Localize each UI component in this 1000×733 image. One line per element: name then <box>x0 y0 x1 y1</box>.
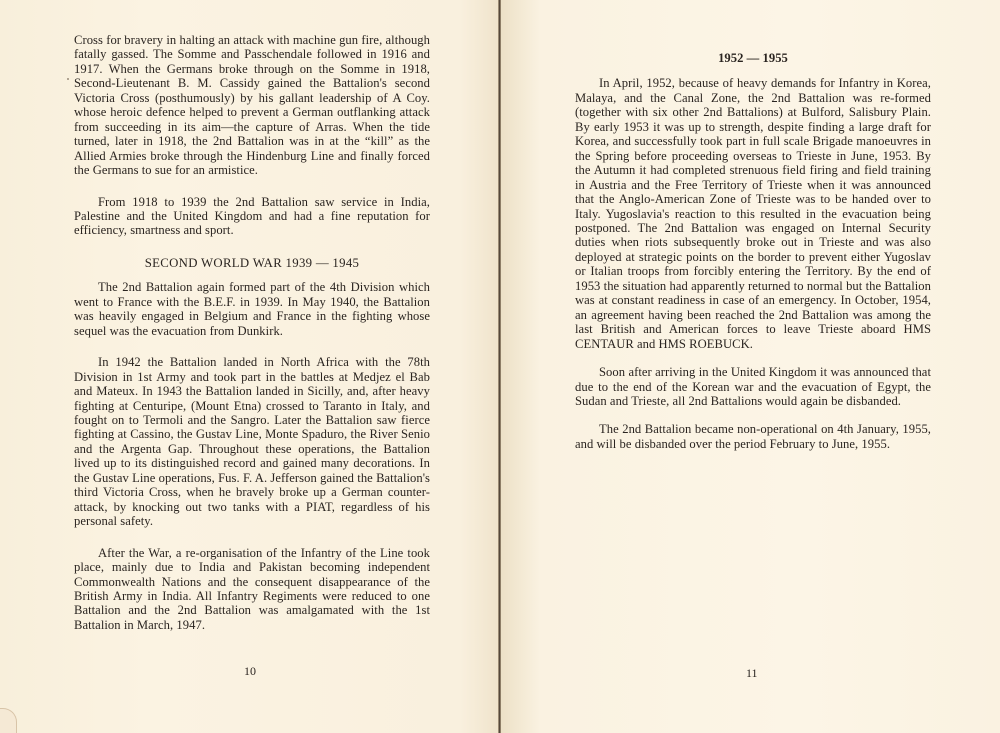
page-number: 10 <box>244 664 256 679</box>
paper-speck <box>67 78 69 80</box>
paragraph: Soon after arriving in the United Kingdo… <box>575 365 931 408</box>
paragraph: The 2nd Battalion became non-operational… <box>575 422 931 451</box>
book-spread: Cross for bravery in halting an attack w… <box>0 0 1000 733</box>
section-heading: 1952 — 1955 <box>575 51 931 65</box>
left-page: Cross for bravery in halting an attack w… <box>0 0 500 733</box>
right-page-text: 1952 — 1955 In April, 1952, because of h… <box>575 51 931 451</box>
section-heading: SECOND WORLD WAR 1939 — 1945 <box>74 256 430 270</box>
paragraph: In 1942 the Battalion landed in North Af… <box>74 355 430 528</box>
right-page: 1952 — 1955 In April, 1952, because of h… <box>500 0 1000 733</box>
paragraph: Cross for bravery in halting an attack w… <box>74 33 430 178</box>
folded-corner <box>0 708 17 733</box>
paragraph: In April, 1952, because of heavy demands… <box>575 76 931 351</box>
center-fold <box>498 0 501 733</box>
page-number: 11 <box>746 666 758 681</box>
paragraph: From 1918 to 1939 the 2nd Battalion saw … <box>74 195 430 238</box>
paragraph: The 2nd Battalion again formed part of t… <box>74 280 430 338</box>
paragraph: After the War, a re-organisation of the … <box>74 546 430 633</box>
left-page-text: Cross for bravery in halting an attack w… <box>74 33 430 632</box>
